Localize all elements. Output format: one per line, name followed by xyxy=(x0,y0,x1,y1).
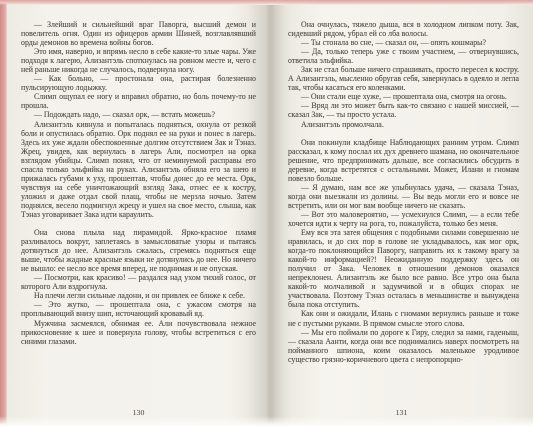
paragraph: — Это жутко, — прошептала она, с ужасом … xyxy=(21,300,256,318)
paragraph: — Я думаю, нам все же улыбнулась удача, … xyxy=(288,183,519,210)
book-cover-edge-left xyxy=(0,0,7,426)
paragraph: — Ты стонала во сне, — сказал он, — опят… xyxy=(288,38,519,47)
paragraph: — Они стали еще хуже, — прошептала она, … xyxy=(288,92,519,101)
paragraph: Как они и ожидали, Илань с гномами верну… xyxy=(288,309,519,327)
paragraph: Ализантэль промолчала. xyxy=(288,120,519,129)
page-number: 131 xyxy=(270,408,533,417)
paragraph: Она снова плыла над пирамидой. Ярко-крас… xyxy=(21,228,256,273)
paragraph: Слимп ощупал ее ногу и вправил обратно, … xyxy=(21,92,256,110)
paragraph: — Вряд ли это может быть как-то связано … xyxy=(288,101,519,119)
paragraph: Ализантэль кивнула и попыталась поднятьс… xyxy=(21,120,256,220)
paragraph: Ему вся эта затея общения с подобными си… xyxy=(288,228,519,309)
page-text: — Злейший и сильнейший враг Паворга, выс… xyxy=(21,20,256,346)
paragraph: — Мы его поймали по дороге к Гиру, следи… xyxy=(288,328,519,364)
paragraph: — Да, только теперь уже с твоим участием… xyxy=(288,47,519,65)
paragraph: Они покинули кладбище Наблюдающих ранним… xyxy=(288,138,519,183)
book-photo: — Злейший и сильнейший враг Паворга, выс… xyxy=(0,0,533,426)
paragraph: — Злейший и сильнейший враг Паворга, выс… xyxy=(21,20,256,47)
paragraph: — Как больно, — простонала она, растирая… xyxy=(21,74,256,92)
book-spread: — Злейший и сильнейший враг Паворга, выс… xyxy=(7,5,533,426)
paragraph: — Посмотри, как красиво! — раздался над … xyxy=(21,273,256,291)
paragraph: Она очнулась, тяжело дыша, вся в холодно… xyxy=(288,20,519,38)
book-cover-edge-top xyxy=(0,0,533,5)
paragraph: На плечи легли сильные ладони, и он прив… xyxy=(21,291,256,300)
paragraph: Мужчина засмеялся, обнимая ее. Али почув… xyxy=(21,319,256,346)
paragraph: Зак не стал больше ничего спрашивать, пр… xyxy=(288,65,519,92)
paragraph: — Вот это маловероятно, — усмехнулся Сли… xyxy=(288,210,519,228)
page-number: 130 xyxy=(7,408,270,417)
paragraph: — Подождать надо, — сказал орк, — встать… xyxy=(21,110,256,119)
paragraph: Это имя, наверно, и впрямь несло в себе … xyxy=(21,47,256,74)
page-right: Она очнулась, тяжело дыша, вся в холодно… xyxy=(270,5,533,426)
page-text: Она очнулась, тяжело дыша, вся в холодно… xyxy=(288,20,519,364)
page-left: — Злейший и сильнейший враг Паворга, выс… xyxy=(7,5,270,426)
